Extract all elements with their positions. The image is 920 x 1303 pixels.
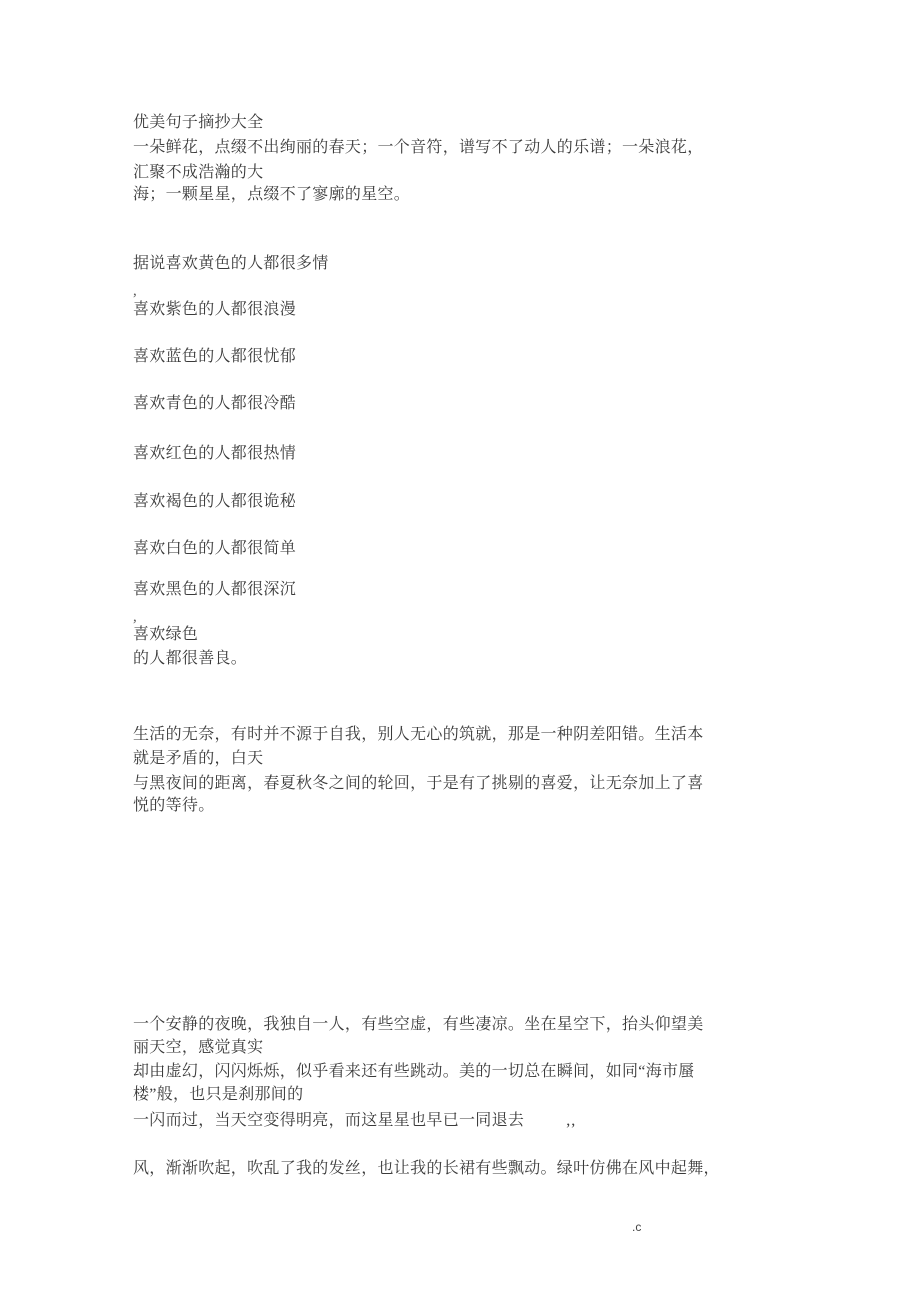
colors-line-blue: 喜欢蓝色的人都很忧郁 xyxy=(133,346,296,368)
night-trailing-commas: ,, xyxy=(566,1110,576,1132)
life-line-3: 与黑夜间的距离，春夏秋冬之间的轮回，于是有了挑剔的喜爱，让无奈加上了喜 xyxy=(133,773,704,795)
night-line-5-text: 一闪而过，当天空变得明亮，而这星星也早已一同退去 xyxy=(133,1112,524,1129)
colors-line-green: 喜欢绿色 xyxy=(133,624,198,646)
colors-line-green-cont: 的人都很善良。 xyxy=(133,648,247,670)
life-line-4: 悦的等待。 xyxy=(133,795,215,817)
night-line-5: 一闪而过，当天空变得明亮，而这星星也早已一同退去,, xyxy=(133,1110,576,1132)
colors-line-brown: 喜欢褐色的人都很诡秘 xyxy=(133,491,296,513)
footer-mark: .c xyxy=(632,1220,641,1234)
colors-line-black: 喜欢黑色的人都很深沉 xyxy=(133,579,296,601)
document-title: 优美句子摘抄大全 xyxy=(133,112,263,134)
night-line-3: 却由虚幻，闪闪烁烁，似乎看来还有些跳动。美的一切总在瞬间，如同“海市蜃 xyxy=(133,1061,695,1083)
night-line-4: 楼”般，也只是刹那间的 xyxy=(133,1084,303,1106)
document-page: 优美句子摘抄大全 一朵鲜花，点缀不出绚丽的春天；一个音符，谱写不了动人的乐谱；一… xyxy=(0,0,920,1303)
colors-separator-comma-2: , xyxy=(133,609,137,625)
intro-line-1: 一朵鲜花，点缀不出绚丽的春天；一个音符，谱写不了动人的乐谱；一朵浪花， xyxy=(133,137,704,159)
colors-line-purple: 喜欢紫色的人都很浪漫 xyxy=(133,299,296,321)
colors-separator-comma-1: , xyxy=(133,283,137,299)
life-line-2: 就是矛盾的，白天 xyxy=(133,748,263,770)
wind-line-1: 风，渐渐吹起，吹乱了我的发丝，也让我的长裙有些飘动。绿叶仿佛在风中起舞， xyxy=(133,1158,720,1180)
night-line-1: 一个安静的夜晚，我独自一人，有些空虚，有些凄凉。坐在星空下，抬头仰望美 xyxy=(133,1014,704,1036)
life-line-1: 生活的无奈，有时并不源于自我，别人无心的筑就，那是一种阴差阳错。生活本 xyxy=(133,724,704,746)
colors-line-white: 喜欢白色的人都很简单 xyxy=(133,538,296,560)
colors-line-red: 喜欢红色的人都很热情 xyxy=(133,443,296,465)
night-line-2: 丽天空，感觉真实 xyxy=(133,1037,263,1059)
intro-line-2: 汇聚不成浩瀚的大 xyxy=(133,162,263,184)
colors-line-yellow: 据说喜欢黄色的人都很多情 xyxy=(133,253,329,275)
intro-line-3: 海；一颗星星，点缀不了寥廓的星空。 xyxy=(133,184,410,206)
colors-line-cyan: 喜欢青色的人都很冷酷 xyxy=(133,393,296,415)
